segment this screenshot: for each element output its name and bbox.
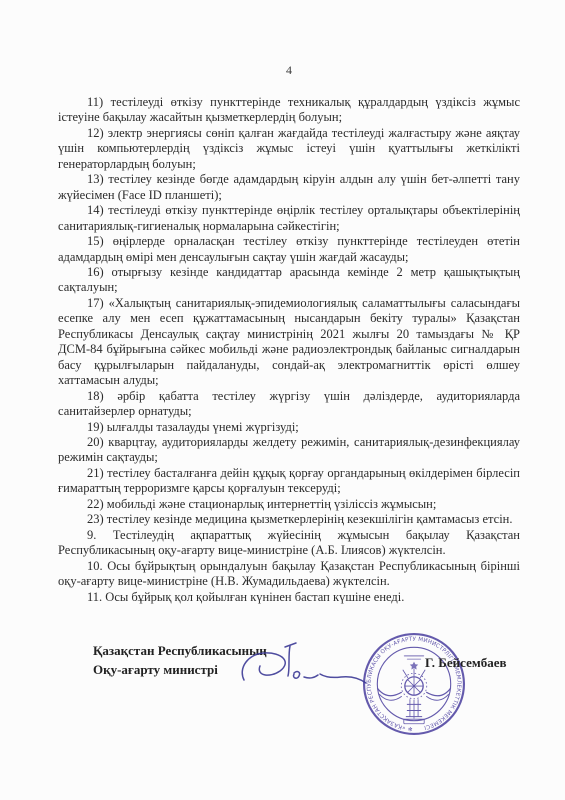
page-number: 4 [58,63,520,78]
paragraph-item-23: 23) тестілеу кезінде медицина қызметкерл… [58,512,520,527]
signature [238,640,370,698]
paragraph-point-11: 11. Осы бұйрық қол қойылған күнінен баст… [58,590,520,605]
paragraph-point-10: 10. Осы бұйрықтың орындалуын бақылау Қаз… [58,559,520,590]
paragraph-item-14: 14) тестілеуді өткізу пункттерінде өңірл… [58,203,520,234]
paragraph-item-21: 21) тестілеу басталғанға дейін құқық қор… [58,466,520,497]
paragraph-item-12: 12) электр энергиясы сөніп қалған жағдай… [58,126,520,172]
paragraph-item-22: 22) мобильді және стационарлық интернетт… [58,497,520,512]
paragraph-item-11: 11) тестілеуді өткізу пункттерінде техни… [58,95,520,126]
paragraph-item-20: 20) кварцтау, аудиторияларды желдету реж… [58,435,520,466]
paragraph-item-15: 15) өңірлерде орналасқан тестілеу өткізу… [58,234,520,265]
signer-name: Г. Бейсембаев [425,655,507,671]
paragraph-item-18: 18) әрбір қабатта тестілеу жүргізу үшін … [58,389,520,420]
document-body: 11) тестілеуді өткізу пункттерінде техни… [58,95,520,605]
paragraph-item-13: 13) тестілеу кезінде бөгде адамдардың кі… [58,172,520,203]
paragraph-item-17: 17) «Халықтың санитариялық-эпидемиология… [58,296,520,389]
paragraph-item-19: 19) ылғалды тазалауды үнемі жүргізуді; [58,420,520,435]
official-stamp: ✻ «ҚАЗАҚСТАН РЕСПУБЛИКАСЫ ОҚУ-АҒАРТУ МИН… [361,631,467,737]
paragraph-item-16: 16) отырғызу кезінде кандидаттар арасынд… [58,265,520,296]
paragraph-point-9: 9. Тестілеудің ақпараттық жүйесінің жұмы… [58,528,520,559]
document-page: 4 11) тестілеуді өткізу пункттерінде тех… [0,0,565,800]
signature-stroke [242,643,366,683]
